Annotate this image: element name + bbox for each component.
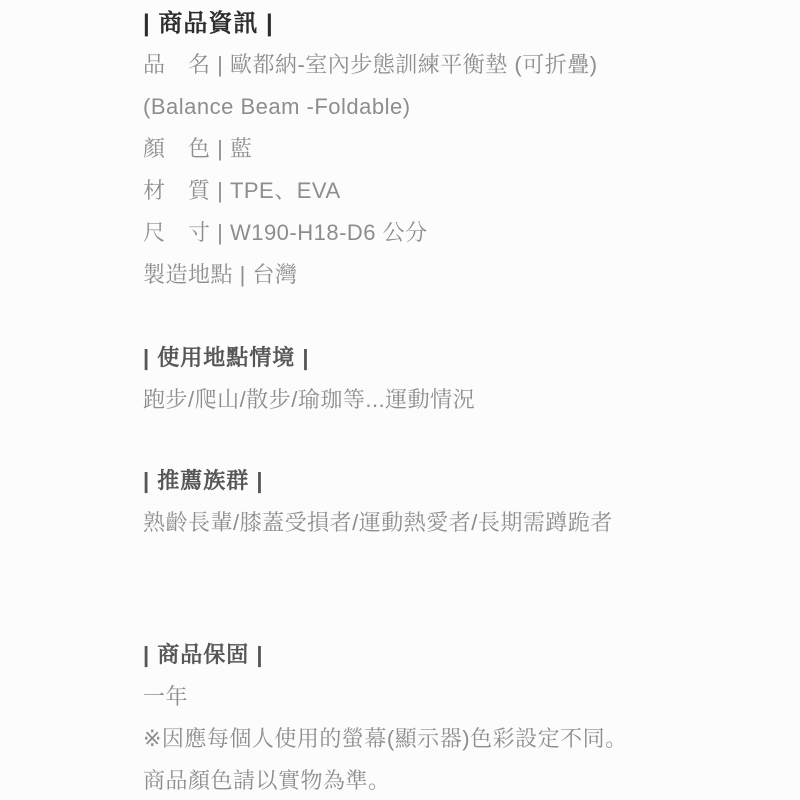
- section-recommended-groups: | 推薦族群 | 熟齡長輩/膝蓋受損者/運動熱愛者/長期需蹲跪者: [143, 460, 760, 544]
- section-line-recommended-groups: 熟齡長輩/膝蓋受損者/運動熱愛者/長期需蹲跪者: [143, 502, 760, 544]
- section-line-color-disclaimer-2: 商品顏色請以實物為準。: [143, 760, 760, 800]
- section-usage-context: | 使用地點情境 | 跑步/爬山/散步/瑜珈等...運動情況: [143, 337, 760, 421]
- info-row-product-name: 品 名 | 歐都納-室內步態訓練平衡墊 (可折疊): [143, 44, 760, 86]
- section-header-recommended-groups: | 推薦族群 |: [143, 460, 760, 502]
- section-header-usage-context: | 使用地點情境 |: [143, 337, 760, 379]
- page-title: | 商品資訊 |: [143, 4, 760, 44]
- section-header-warranty: | 商品保固 |: [143, 634, 760, 676]
- section-line-color-disclaimer-1: ※因應每個人使用的螢幕(顯示器)色彩設定不同。: [143, 718, 760, 760]
- info-row-dimensions: 尺 寸 | W190-H18-D6 公分: [143, 212, 760, 254]
- section-line-warranty-duration: 一年: [143, 676, 760, 718]
- section-line-usage-context: 跑步/爬山/散步/瑜珈等...運動情況: [143, 379, 760, 421]
- product-info-panel: | 商品資訊 | 品 名 | 歐都納-室內步態訓練平衡墊 (可折疊) (Bala…: [0, 0, 800, 800]
- product-info-list: 品 名 | 歐都納-室內步態訓練平衡墊 (可折疊) (Balance Beam …: [143, 44, 760, 296]
- section-warranty: | 商品保固 | 一年 ※因應每個人使用的螢幕(顯示器)色彩設定不同。 商品顏色…: [143, 634, 760, 800]
- info-row-color: 顏 色 | 藍: [143, 128, 760, 170]
- info-row-product-name-en: (Balance Beam -Foldable): [143, 86, 760, 128]
- info-row-origin: 製造地點 | 台灣: [143, 254, 760, 296]
- info-row-material: 材 質 | TPE、EVA: [143, 170, 760, 212]
